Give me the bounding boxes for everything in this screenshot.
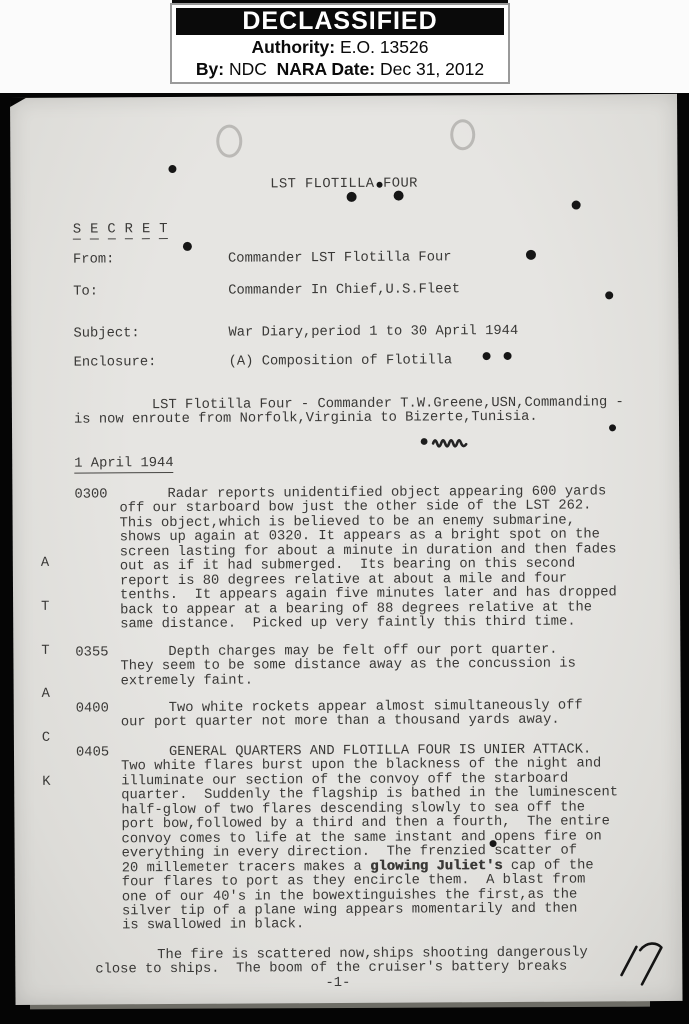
- field-label: Enclosure:: [74, 356, 229, 371]
- ink-dot: [490, 840, 497, 847]
- text-line: same distance. Picked up very faintly th…: [120, 615, 617, 632]
- nara-date-label: NARA Date:: [277, 59, 376, 79]
- corner-fold: [10, 98, 26, 107]
- entry-time: 0355: [75, 646, 108, 661]
- stamp-by-line: By: NDC NARA Date: Dec 31, 2012: [172, 58, 508, 80]
- field-value: Commander In Chief,U.S.Fleet: [228, 282, 460, 298]
- diary-entry-0355: 0355Depth charges may be felt off our po…: [75, 644, 576, 690]
- document-title: LST FLOTILLA FOUR: [11, 176, 678, 195]
- stamp-title: DECLASSIFIED: [176, 8, 504, 35]
- entry-time: 0400: [76, 702, 109, 717]
- date-heading: 1 April 1944: [74, 457, 173, 472]
- diary-entry-0300: 0300Radar reports unidentified object ap…: [74, 485, 617, 633]
- text-line: our port quarter not more than a thousan…: [121, 714, 583, 731]
- ink-dot: [377, 182, 383, 188]
- text-line: is swallowed in black.: [122, 917, 619, 934]
- classification-secret: SECRET: [73, 223, 177, 240]
- ink-dot: [394, 191, 404, 201]
- by-value: NDC: [224, 59, 277, 79]
- ink-dot: [347, 192, 357, 202]
- punch-hole: [450, 119, 475, 150]
- ink-dot: [605, 291, 613, 299]
- margin-letter: A: [41, 557, 50, 601]
- diary-entry-0405: 0405GENERAL QUARTERS AND FLOTILLA FOUR I…: [76, 743, 619, 934]
- margin-letter: K: [42, 776, 51, 820]
- declassified-stamp: DECLASSIFIED Authority: E.O. 13526 By: N…: [170, 3, 510, 84]
- ink-dot: [526, 250, 536, 260]
- margin-word-attack: ATTACK: [41, 557, 51, 820]
- ink-dot: [168, 165, 176, 173]
- field-value: (A) Composition of Flotilla: [229, 353, 453, 369]
- header-field-row: Subject:War Diary,period 1 to 30 April 1…: [73, 325, 518, 342]
- field-label: Subject:: [73, 327, 228, 342]
- field-label: To:: [73, 285, 228, 300]
- scanned-document-view: DECLASSIFIED Authority: E.O. 13526 By: N…: [0, 0, 689, 1024]
- diary-entry-0400: 0400Two white rockets appear almost simu…: [76, 700, 583, 732]
- ink-dot: [183, 242, 192, 251]
- by-label: By:: [196, 59, 224, 79]
- ink-dots: [10, 94, 677, 98]
- punch-hole: [216, 125, 242, 158]
- header-field-row: From:Commander LST Flotilla Four: [73, 251, 452, 268]
- classification-letter: E: [90, 223, 98, 240]
- classification-letter: T: [159, 223, 167, 240]
- text-line: extremely faint.: [121, 672, 576, 689]
- entry-time: 0300: [74, 488, 107, 503]
- punch-holes: [10, 94, 677, 98]
- header-field-row: Enclosure:(A) Composition of Flotilla: [74, 354, 453, 371]
- classification-letter: C: [107, 223, 115, 240]
- intro-paragraph: LST Flotilla Four - Commander T.W.Greene…: [74, 396, 624, 428]
- field-value: War Diary,period 1 to 30 April 1944: [228, 324, 518, 341]
- document-page: LST FLOTILLA FOUR SECRET From:Commander …: [10, 94, 683, 1005]
- classification-letter: R: [125, 223, 133, 240]
- text-line: is now enroute from Norfolk,Virginia to …: [74, 411, 624, 429]
- pen-scribble-mark: [419, 434, 481, 448]
- text-line: They seem to be some distance away as th…: [120, 658, 575, 675]
- authority-label: Authority:: [251, 37, 335, 57]
- handwritten-page-number-17: [607, 932, 673, 996]
- header-fields: From:Commander LST Flotilla FourTo:Comma…: [72, 94, 662, 98]
- field-label: From:: [73, 253, 228, 268]
- field-value: Commander LST Flotilla Four: [228, 250, 452, 266]
- closing-paragraph: The fire is scattered now,ships shooting…: [95, 946, 588, 978]
- margin-letter: C: [42, 732, 51, 776]
- ink-dot: [572, 201, 581, 210]
- authority-value: E.O. 13526: [335, 37, 428, 57]
- ink-dot: [504, 352, 512, 360]
- margin-letter: T: [41, 601, 50, 645]
- entry-time: 0405: [76, 746, 109, 761]
- ink-dot: [609, 424, 616, 431]
- page-number: -1-: [15, 975, 660, 993]
- ink-dot: [483, 352, 491, 360]
- classification-letter: S: [73, 224, 81, 241]
- stamp-authority-line: Authority: E.O. 13526: [172, 36, 508, 58]
- header-field-row: To:Commander In Chief,U.S.Fleet: [73, 283, 460, 300]
- margin-letter: A: [42, 688, 51, 732]
- classification-letter: E: [142, 223, 150, 240]
- nara-date-value: Dec 31, 2012: [375, 59, 484, 79]
- stamp-band: DECLASSIFIED Authority: E.O. 13526 By: N…: [0, 0, 689, 93]
- margin-letter: T: [41, 644, 50, 688]
